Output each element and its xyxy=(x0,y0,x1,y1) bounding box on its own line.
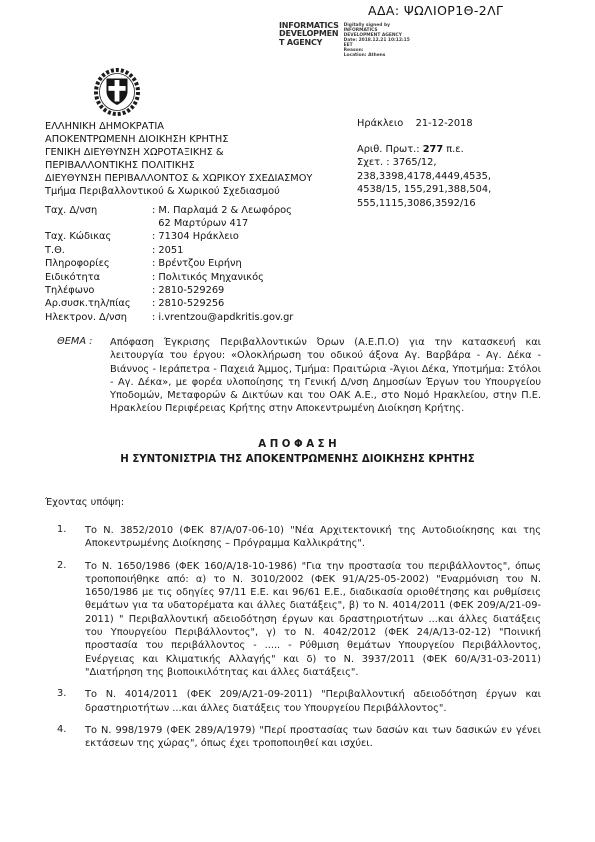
header-line-administration: ΑΠΟΚΕΝΤΡΩΜΕΝΗ ΔΙΟΙΚΗΣΗ ΚΡΗΤΗΣ xyxy=(45,133,357,146)
contact-row-address: Ταχ. Δ/νση : Μ. Παρλαμά 2 & Λεωφόρος 62 … xyxy=(45,204,357,231)
stamp-agency-line: T AGENCY xyxy=(279,39,339,47)
contact-label: Αρ.συσκ.τηλ/πίας xyxy=(45,297,152,310)
place-and-date: Ηράκλειο 21-12-2018 xyxy=(357,117,569,130)
greek-coat-of-arms-icon xyxy=(86,62,148,122)
document-page: ΑΔΑ: ΨΩΛΙΟΡ1Θ-2ΛΓ INFORMATICS DEVELOPMEN… xyxy=(0,0,595,842)
related-refs-line: Σχετ. : 3765/12, xyxy=(357,156,569,169)
preamble-text: Έχοντας υπόψη: xyxy=(45,497,124,508)
stamp-signature-details: Digitally signed by INFORMATICS DEVELOPM… xyxy=(344,22,410,58)
consideration-item: 3. Το Ν. 4014/2011 (ΦΕΚ 209/Α/21-09-2011… xyxy=(57,688,541,715)
header-line-directorate: ΔΙΕΥΘΥΝΣΗ ΠΕΡΙΒΑΛΛΟΝΤΟΣ & ΧΩΡΙΚΟΥ ΣΧΕΔΙΑ… xyxy=(45,172,357,185)
consideration-item: 2. Το Ν. 1650/1986 (ΦΕΚ 160/Α/18-10-1986… xyxy=(57,560,541,680)
contact-label: Ταχ. Κώδικας xyxy=(45,230,152,243)
related-refs-line: 555,1115,3086,3592/16 xyxy=(357,197,569,210)
considerations-list: 1. Το Ν. 3852/2010 (ΦΕΚ 87/Α/07-06-10) "… xyxy=(57,524,541,759)
contact-label: Πληροφορίες xyxy=(45,257,152,270)
item-number: 1. xyxy=(57,524,85,551)
contact-label: Ταχ. Δ/νση xyxy=(45,204,152,231)
contact-row-email: Ηλεκτρον. Δ/νση : i.vrentzou@apdkritis.g… xyxy=(45,311,357,324)
contact-label: Τ.Θ. xyxy=(45,244,152,257)
contact-value: : 71304 Ηράκλειο xyxy=(152,230,357,243)
contact-value: : i.vrentzou@apdkritis.gov.gr xyxy=(152,311,357,324)
contact-details: Ταχ. Δ/νση : Μ. Παρλαμά 2 & Λεωφόρος 62 … xyxy=(45,204,357,325)
agency-header-block: ΕΛΛΗΝΙΚΗ ΔΗΜΟΚΡΑΤΙΑ ΑΠΟΚΕΝΤΡΩΜΕΝΗ ΔΙΟΙΚΗ… xyxy=(45,120,357,324)
item-text: Το Ν. 4014/2011 (ΦΕΚ 209/Α/21-09-2011) "… xyxy=(85,688,541,715)
contact-label: Ειδικότητα xyxy=(45,271,152,284)
stamp-agency-name: INFORMATICS DEVELOPMEN T AGENCY xyxy=(279,22,339,58)
item-text: Το Ν. 1650/1986 (ΦΕΚ 160/Α/18-10-1986) "… xyxy=(85,560,541,680)
contact-value: : Πολιτικός Μηχανικός xyxy=(152,271,357,284)
protocol-suffix: π.ε. xyxy=(443,144,464,155)
contact-value: : 2810-529269 xyxy=(152,284,357,297)
digital-signature-stamp: INFORMATICS DEVELOPMEN T AGENCY Digitall… xyxy=(279,22,410,58)
header-line-department: Τμήμα Περιβαλλοντικού & Χωρικού Σχεδιασμ… xyxy=(45,185,357,198)
consideration-item: 1. Το Ν. 3852/2010 (ΦΕΚ 87/Α/07-06-10) "… xyxy=(57,524,541,551)
decision-subtitle: Η ΣΥΝΤΟΝΙΣΤΡΙΑ ΤΗΣ ΑΠΟΚΕΝΤΡΩΜΕΝΗΣ ΔΙΟΙΚΗ… xyxy=(0,452,595,467)
decision-heading: Α Π Ο Φ Α Σ Η Η ΣΥΝΤΟΝΙΣΤΡΙΑ ΤΗΣ ΑΠΟΚΕΝΤ… xyxy=(0,437,595,467)
decision-title: Α Π Ο Φ Α Σ Η xyxy=(0,437,595,452)
header-line-general-directorate-2: ΠΕΡΙΒΑΛΛΟΝΤΙΚΗΣ ΠΟΛΙΤΙΚΗΣ xyxy=(45,159,357,172)
protocol-number-line: Αριθ. Πρωτ.: 277 π.ε. xyxy=(357,143,569,156)
contact-row-specialty: Ειδικότητα : Πολιτικός Μηχανικός xyxy=(45,271,357,284)
related-refs-line: 4538/15, 155,291,388,504, xyxy=(357,183,569,196)
contact-row-postal-code: Ταχ. Κώδικας : 71304 Ηράκλειο xyxy=(45,230,357,243)
contact-label: Τηλέφωνο xyxy=(45,284,152,297)
header-line-general-directorate: ΓΕΝΙΚΗ ΔΙΕΥΘΥΝΣΗ ΧΩΡΟΤΑΞΙΚΗΣ & xyxy=(45,146,357,159)
header-line-republic: ΕΛΛΗΝΙΚΗ ΔΗΜΟΚΡΑΤΙΑ xyxy=(45,120,357,133)
protocol-label: Αριθ. Πρωτ.: xyxy=(357,144,423,155)
ada-code: ΑΔΑ: ΨΩΛΙΟΡ1Θ-2ΛΓ xyxy=(368,3,503,18)
item-number: 4. xyxy=(57,724,85,751)
item-text: Το Ν. 998/1979 (ΦΕΚ 289/Α/1979) "Περί πρ… xyxy=(85,724,541,751)
contact-row-po-box: Τ.Θ. : 2051 xyxy=(45,244,357,257)
consideration-item: 4. Το Ν. 998/1979 (ΦΕΚ 289/Α/1979) "Περί… xyxy=(57,724,541,751)
item-number: 3. xyxy=(57,688,85,715)
contact-row-fax: Αρ.συσκ.τηλ/πίας : 2810-529256 xyxy=(45,297,357,310)
stamp-sig-line: Date: 2018.12.21 10:12:15 xyxy=(344,38,410,43)
contact-value: : Βρέντζου Ειρήνη xyxy=(152,257,357,270)
subject-label: ΘΕΜΑ : xyxy=(57,336,110,416)
stamp-sig-line: Location: Athens xyxy=(344,53,410,58)
contact-value: : 2810-529256 xyxy=(152,297,357,310)
item-number: 2. xyxy=(57,560,85,680)
contact-value: : Μ. Παρλαμά 2 & Λεωφόρος 62 Μαρτύρων 41… xyxy=(152,204,357,231)
contact-value: : 2051 xyxy=(152,244,357,257)
related-refs-line: 238,3398,4178,4449,4535, xyxy=(357,170,569,183)
contact-label: Ηλεκτρον. Δ/νση xyxy=(45,311,152,324)
subject-text: Απόφαση Έγκρισης Περιβαλλοντικών Όρων (Α… xyxy=(110,336,541,416)
contact-row-information: Πληροφορίες : Βρέντζου Ειρήνη xyxy=(45,257,357,270)
item-text: Το Ν. 3852/2010 (ΦΕΚ 87/Α/07-06-10) "Νέα… xyxy=(85,524,541,551)
reference-block: Ηράκλειο 21-12-2018 Αριθ. Πρωτ.: 277 π.ε… xyxy=(357,117,569,210)
contact-row-phone: Τηλέφωνο : 2810-529269 xyxy=(45,284,357,297)
subject-section: ΘΕΜΑ : Απόφαση Έγκρισης Περιβαλλοντικών … xyxy=(57,336,541,416)
protocol-number: 277 xyxy=(423,144,443,155)
